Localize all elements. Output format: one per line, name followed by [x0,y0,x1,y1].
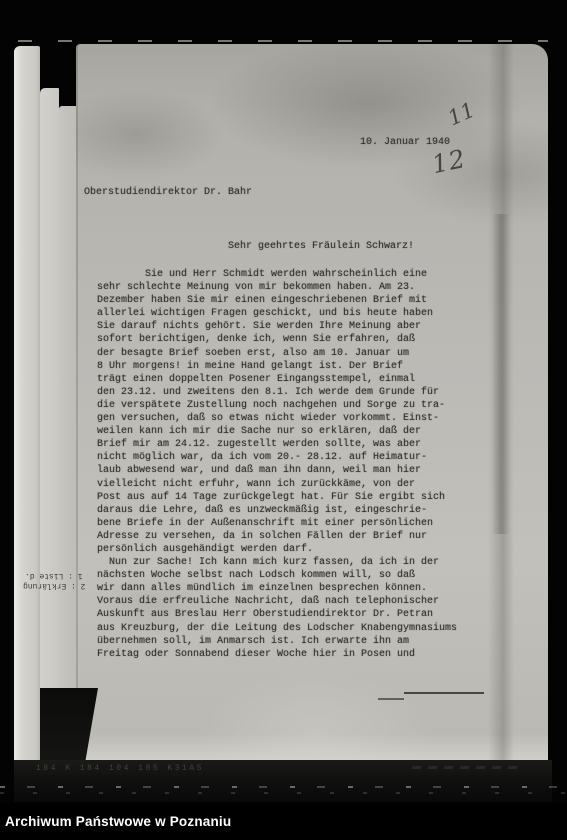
letter-body-line: Nun zur Sache! Ich kann mich kurz fassen… [97,556,457,569]
letter-body-line: gen versuchen, daß so etwas nicht wieder… [97,412,457,425]
film-strip-band: 184 K 184 104 185 K31A5 [14,760,552,802]
film-scratches-2 [0,792,567,794]
letter-body-line: Post aus auf 14 Tage zurückgelegt hat. F… [97,491,457,504]
margin-fragment-line-2: 2 : Erklärung [23,581,85,590]
letter-body-line: die verspätete Zustellung noch nachgehen… [97,399,457,412]
letter-body-line: vielleicht nicht erfuhr, wann ich zurück… [97,478,457,491]
letter-body-line: Auskunft aus Breslau Herr Oberstudiendir… [97,608,457,621]
letter-body-line: 8 Uhr morgens! in meine Hand gelangt ist… [97,360,457,373]
letter-body-line: trägt einen doppelten Posener Eingangsst… [97,373,457,386]
margin-fragment-line-1: 1 : Liste d. [25,571,83,580]
underlying-page-edge-3 [59,106,76,762]
paper-slit-small [378,698,404,700]
letter-page: 10. Januar 1940 11 12 Oberstudiendirekto… [76,44,548,762]
archive-caption-bar: Archiwum Państwowe w Poznaniu [0,803,567,840]
handwritten-number-bottom: 12 [429,144,468,179]
film-scratches-1 [0,786,567,788]
letter-addressee: Oberstudiendirektor Dr. Bahr [84,186,252,199]
letter-body-line: weilen kann ich mir die Sache nur so erk… [97,425,457,438]
letter-body-line: laub abwesend war, und daß man ihn dann,… [97,464,457,477]
film-edge-marking-right [412,766,522,769]
letter-body-line: Voraus die erfreuliche Nachricht, daß na… [97,595,457,608]
underlying-page-edge-1 [14,46,40,782]
letter-body-line: übernehmen soll, im Anmarsch ist. Ich er… [97,635,457,648]
letter-body-line: Adresse zu versehen, da in solchen Fälle… [97,530,457,543]
letter-body-line: nächsten Woche selbst nach Lodsch kommen… [97,569,457,582]
letter-body-line: Freitag oder Sonnabend dieser Woche hier… [97,648,457,661]
film-edge-marking: 184 K 184 104 185 K31A5 [36,764,204,773]
paper-crease-strong [492,214,510,534]
letter-body-line: persönlich ausgehändigt werden darf. [97,543,457,556]
letter-body-line: Brief mir am 24.12. zugestellt werden so… [97,438,457,451]
paper-slit [404,692,484,694]
letter-body-line: der besagte Brief soeben erst, also am 1… [97,347,457,360]
letter-body-line: bene Briefe in der Außenanschrift mit ei… [97,517,457,530]
letter-body-line: daraus die Lehre, daß es unzweckmäßig is… [97,504,457,517]
photo-frame: 10. Januar 1940 11 12 Oberstudiendirekto… [0,0,567,840]
letter-body-line: allerlei wichtigen Fragen geschickt, und… [97,307,457,320]
letter-body-line: aus Kreuzburg, der die Leitung des Lodsc… [97,622,457,635]
letter-body-line: Sie und Herr Schmidt werden wahrscheinli… [97,268,457,281]
handwritten-number-top: 11 [444,98,478,131]
letter-body-line: wir dann alles mündlich im einzelnen bes… [97,582,457,595]
letter-body-line: Sie darauf nichts gehört. Sie werden Ihr… [97,320,457,333]
archive-caption-text: Archiwum Państwowe w Poznaniu [5,814,231,829]
letter-body-line: sofort berichtigen, denke ich, wenn Sie … [97,333,457,346]
underlying-page-edge-2 [40,88,59,762]
letter-body-line: nicht möglich war, da ich vom 20.- 28.12… [97,451,457,464]
letter-body-line: Dezember haben Sie mir einen eingeschrie… [97,294,457,307]
letter-body-line: sehr schlechte Meinung von mir bekommen … [97,281,457,294]
paper-top-edge-highlight [18,40,548,42]
letter-date: 10. Januar 1940 [360,136,450,149]
letter-body-line: den 23.12. und zweitens den 8.1. Ich wer… [97,386,457,399]
letter-body: Sie und Herr Schmidt werden wahrscheinli… [97,268,457,661]
letter-salutation: Sehr geehrtes Fräulein Schwarz! [228,240,414,253]
